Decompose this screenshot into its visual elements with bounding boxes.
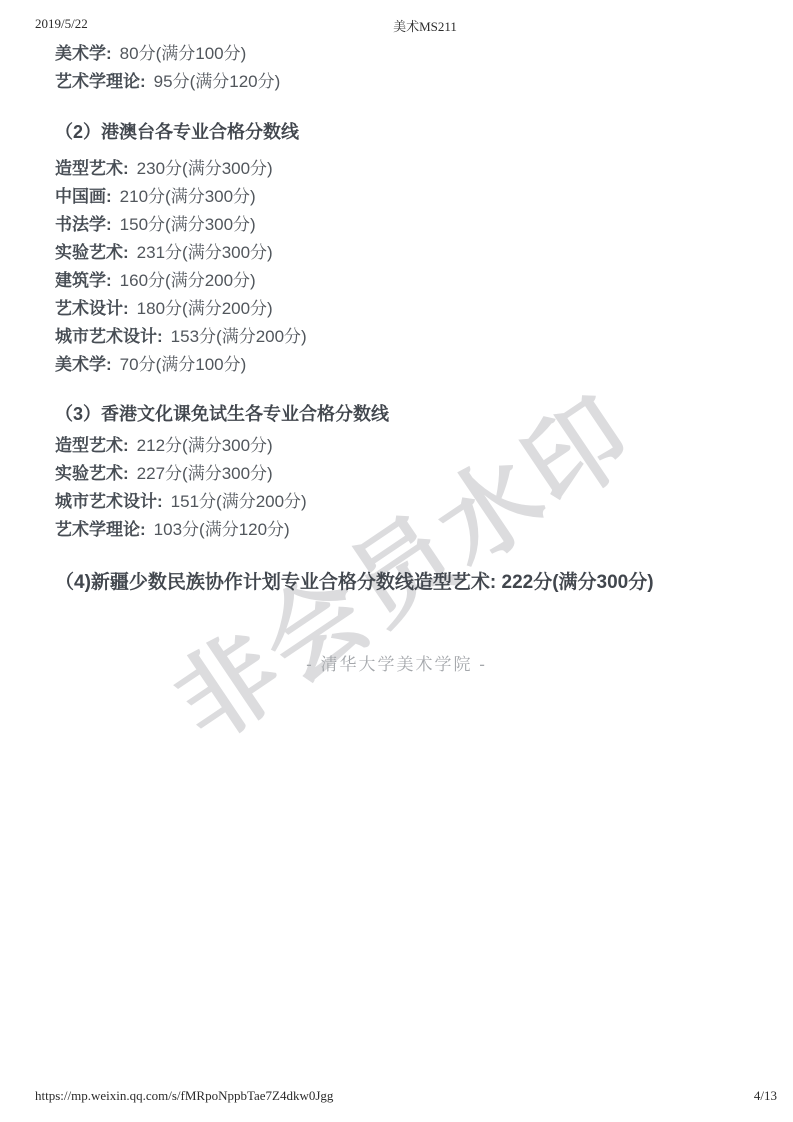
score-value: 180分(满分200分) xyxy=(137,299,273,318)
intro-score-list: 美术学:80分(满分100分) 艺术学理论:95分(满分120分) xyxy=(55,40,738,96)
score-label: 实验艺术: xyxy=(55,464,129,483)
score-row: 中国画:210分(满分300分) xyxy=(55,183,738,211)
score-value: 212分(满分300分) xyxy=(137,436,273,455)
article-signature: - 清华大学美术学院 - xyxy=(55,651,738,679)
score-row: 建筑学:160分(满分200分) xyxy=(55,267,738,295)
score-row: 造型艺术:212分(满分300分) xyxy=(55,432,738,460)
score-label: 造型艺术: xyxy=(55,159,129,178)
score-label: 城市艺术设计: xyxy=(55,492,163,511)
score-value: 103分(满分120分) xyxy=(154,520,290,539)
score-row: 艺术学理论:103分(满分120分) xyxy=(55,516,738,544)
section-3-score-list: 造型艺术:212分(满分300分) 实验艺术:227分(满分300分) 城市艺术… xyxy=(55,432,738,544)
score-label: 书法学: xyxy=(55,215,112,234)
score-row: 城市艺术设计:151分(满分200分) xyxy=(55,488,738,516)
source-url: https://mp.weixin.qq.com/s/fMRpoNppbTae7… xyxy=(35,1088,333,1104)
score-label: 艺术学理论: xyxy=(55,520,146,539)
score-label: 艺术学理论: xyxy=(55,72,146,91)
section-4-heading: （4)新疆少数民族协作计划专业合格分数线造型艺术: 222分(满分300分) xyxy=(55,568,738,598)
score-label: 建筑学: xyxy=(55,271,112,290)
score-row: 美术学:70分(满分100分) xyxy=(55,351,738,379)
score-row: 城市艺术设计:153分(满分200分) xyxy=(55,323,738,351)
score-row: 书法学:150分(满分300分) xyxy=(55,211,738,239)
score-row: 实验艺术:227分(满分300分) xyxy=(55,460,738,488)
score-value: 230分(满分300分) xyxy=(137,159,273,178)
score-value: 160分(满分200分) xyxy=(120,271,256,290)
score-label: 美术学: xyxy=(55,355,112,374)
score-label: 美术学: xyxy=(55,44,112,63)
section-2-heading: （2）港澳台各专业合格分数线 xyxy=(55,117,738,147)
score-value: 227分(满分300分) xyxy=(137,464,273,483)
score-label: 实验艺术: xyxy=(55,243,129,262)
section-2-score-list: 造型艺术:230分(满分300分) 中国画:210分(满分300分) 书法学:1… xyxy=(55,155,738,379)
score-row: 造型艺术:230分(满分300分) xyxy=(55,155,738,183)
printed-document-page: { "header": { "date": "2019/5/22", "titl… xyxy=(0,0,793,1122)
score-value: 150分(满分300分) xyxy=(120,215,256,234)
section-3-heading: （3）香港文化课免试生各专业合格分数线 xyxy=(55,399,738,429)
page-number: 4/13 xyxy=(754,1088,777,1104)
score-value: 70分(满分100分) xyxy=(120,355,247,374)
score-label: 造型艺术: xyxy=(55,436,129,455)
score-row: 艺术设计:180分(满分200分) xyxy=(55,295,738,323)
score-value: 153分(满分200分) xyxy=(171,327,307,346)
score-value: 95分(满分120分) xyxy=(154,72,281,91)
score-value: 80分(满分100分) xyxy=(120,44,247,63)
score-label: 中国画: xyxy=(55,187,112,206)
score-row: 美术学:80分(满分100分) xyxy=(55,40,738,68)
score-label: 艺术设计: xyxy=(55,299,129,318)
score-value: 151分(满分200分) xyxy=(171,492,307,511)
score-value: 231分(满分300分) xyxy=(137,243,273,262)
score-value: 210分(满分300分) xyxy=(120,187,256,206)
score-row: 艺术学理论:95分(满分120分) xyxy=(55,68,738,96)
score-label: 城市艺术设计: xyxy=(55,327,163,346)
article-content: 美术学:80分(满分100分) 艺术学理论:95分(满分120分) （2）港澳台… xyxy=(55,0,738,679)
score-row: 实验艺术:231分(满分300分) xyxy=(55,239,738,267)
